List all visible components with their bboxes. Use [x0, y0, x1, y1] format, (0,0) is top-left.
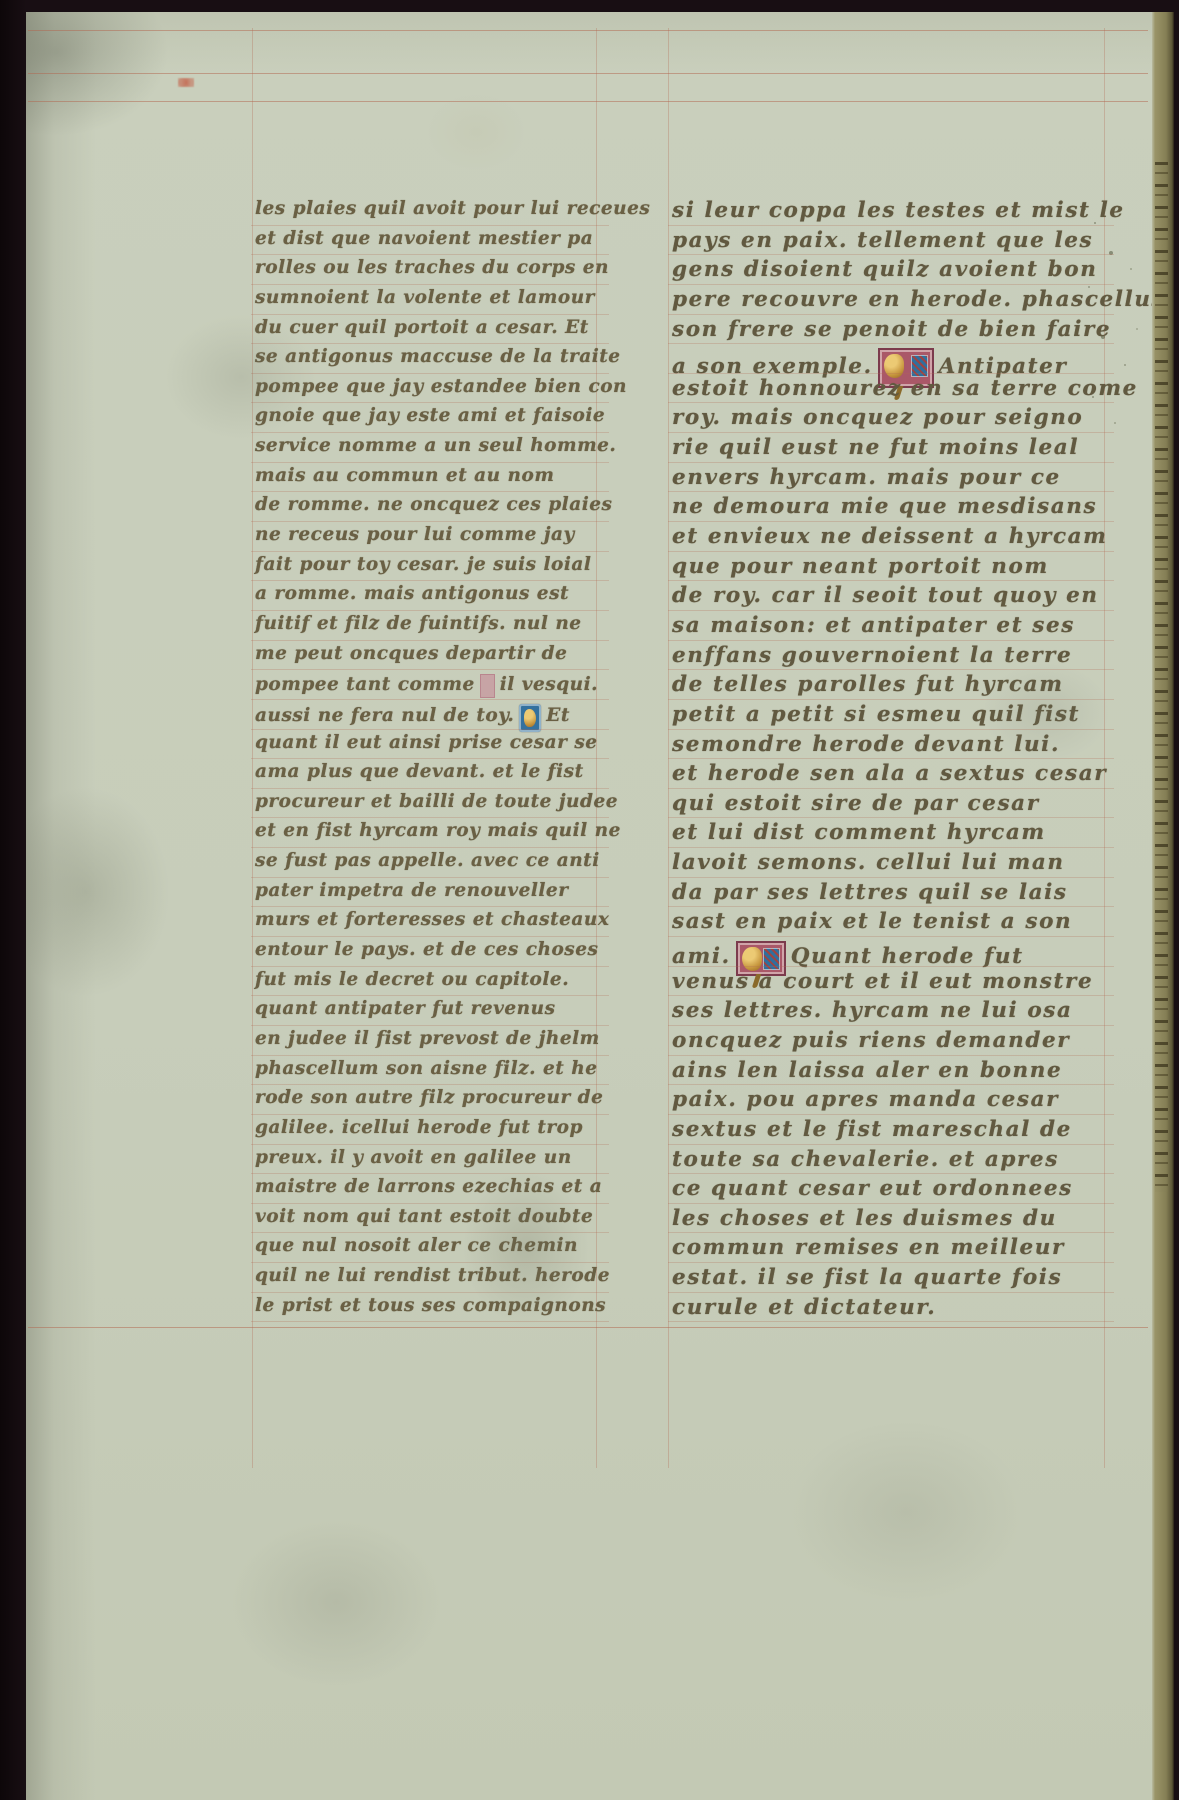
line-text: pays en paix. tellement que les — [672, 228, 1093, 253]
line-text: et lui dist comment hyrcam — [672, 820, 1046, 845]
line-text: rode son autre filz procureur de — [255, 1087, 603, 1108]
text-line: pays en paix. tellement que les — [672, 230, 1108, 260]
line-text: il vesqui. — [500, 674, 598, 695]
line-text: les plaies quil avoit pour lui receues — [255, 198, 650, 219]
line-text: gens disoient quilz avoient bon — [672, 257, 1097, 282]
line-text: son frere se penoit de bien faire — [672, 317, 1111, 342]
line-text: de romme. ne oncquez ces plaies — [255, 494, 612, 515]
text-line: da par ses lettres quil se lais — [672, 882, 1108, 912]
line-text: du cuer quil portoit a cesar. Et — [255, 317, 589, 338]
line-text: pere recouvre en herode. phascellus — [672, 287, 1165, 312]
illuminated-initial-champ — [519, 704, 541, 732]
text-line: son frere se penoit de bien faire — [672, 319, 1108, 349]
initial-gold-leaf — [884, 354, 904, 378]
text-line: de romme. ne oncquez ces plaies — [255, 496, 603, 526]
text-line: gnoie que jay este ami et faisoie — [255, 407, 603, 437]
line-text: semondre herode devant lui. — [672, 732, 1060, 757]
text-line: entour le pays. et de ces choses — [255, 941, 603, 971]
text-line: aussi ne fera nul de toy.Et — [255, 704, 603, 734]
line-text: et dist que navoient mestier pa — [255, 228, 593, 249]
line-text: enffans gouvernoient la terre — [672, 643, 1072, 668]
line-text: quant antipater fut revenus — [255, 998, 556, 1019]
text-line: pompee tant commeil vesqui. — [255, 674, 603, 704]
text-line: curule et dictateur. — [672, 1297, 1108, 1327]
manuscript-page: les plaies quil avoit pour lui receueset… — [26, 12, 1152, 1800]
line-text: aussi ne fera nul de toy. — [255, 705, 514, 726]
line-text: rie quil eust ne fut moins leal — [672, 435, 1079, 460]
text-line: rode son autre filz procureur de — [255, 1089, 603, 1119]
text-column-right: si leur coppa les testes et mist lepays … — [672, 200, 1108, 1326]
text-line: ne demoura mie que mesdisans — [672, 496, 1108, 526]
text-line: qui estoit sire de par cesar — [672, 793, 1108, 823]
text-line: oncquez puis riens demander — [672, 1030, 1108, 1060]
line-text: et en fist hyrcam roy mais quil ne — [255, 820, 621, 841]
text-line: du cuer quil portoit a cesar. Et — [255, 319, 603, 349]
line-text: estat. il se fist la quarte fois — [672, 1265, 1062, 1290]
text-line: que pour neant portoit nom — [672, 556, 1108, 586]
line-text: ne demoura mie que mesdisans — [672, 494, 1097, 519]
text-line: procureur et bailli de toute judee — [255, 793, 603, 823]
text-line: toute sa chevalerie. et apres — [672, 1149, 1108, 1179]
text-line: paix. pou apres manda cesar — [672, 1089, 1108, 1119]
text-line: se antigonus maccuse de la traite — [255, 348, 603, 378]
text-line: a son exemple.Antipater — [672, 348, 1108, 378]
text-line: que nul nosoit aler ce chemin — [255, 1237, 603, 1267]
text-line: pompee que jay estandee bien con — [255, 378, 603, 408]
text-line: service nomme a un seul homme. — [255, 437, 603, 467]
text-line: et en fist hyrcam roy mais quil ne — [255, 822, 603, 852]
line-text: ains len laissa aler en bonne — [672, 1058, 1062, 1083]
initial-gold-leaf — [742, 947, 762, 971]
text-line: pere recouvre en herode. phascellus — [672, 289, 1108, 319]
line-text: et envieux ne deissent a hyrcam — [672, 524, 1108, 549]
line-text: ne receus pour lui comme jay — [255, 524, 575, 545]
text-line: estat. il se fist la quarte fois — [672, 1267, 1108, 1297]
text-line: a romme. mais antigonus est — [255, 585, 603, 615]
ruling-line-horizontal — [28, 1327, 1148, 1328]
line-text: procureur et bailli de toute judee — [255, 791, 618, 812]
line-text: les choses et les duismes du — [672, 1206, 1057, 1231]
text-line: rolles ou les traches du corps en — [255, 259, 603, 289]
line-text: qui estoit sire de par cesar — [672, 791, 1040, 816]
line-text: Et — [546, 705, 570, 726]
fore-edge-ghost-text — [1155, 162, 1168, 1192]
line-text: le prist et tous ses compaignons — [255, 1295, 606, 1316]
text-line: quant il eut ainsi prise cesar se — [255, 734, 603, 764]
text-line: et herode sen ala a sextus cesar — [672, 763, 1108, 793]
line-text: fait pour toy cesar. je suis loial — [255, 554, 591, 575]
line-text: gnoie que jay este ami et faisoie — [255, 405, 605, 426]
text-line: maistre de larrons ezechias et a — [255, 1178, 603, 1208]
text-line: sumnoient la volente et lamour — [255, 289, 603, 319]
ruling-line-vertical — [252, 28, 253, 1468]
text-line: fuitif et filz de fuintifs. nul ne — [255, 615, 603, 645]
text-line: en judee il fist prevost de jhelm — [255, 1030, 603, 1060]
line-text: phascellum son aisne filz. et he — [255, 1058, 597, 1079]
text-line: de roy. car il seoit tout quoy en — [672, 585, 1108, 615]
line-text: petit a petit si esmeu quil fist — [672, 702, 1080, 727]
text-line: fut mis le decret ou capitole. — [255, 971, 603, 1001]
text-line: de telles parolles fut hyrcam — [672, 674, 1108, 704]
line-text: sumnoient la volente et lamour — [255, 287, 595, 308]
text-line: pater impetra de renouveller — [255, 882, 603, 912]
line-text: ses lettres. hyrcam ne lui osa — [672, 998, 1073, 1023]
text-line: les plaies quil avoit pour lui receues — [255, 200, 603, 230]
line-text: mais au commun et au nom — [255, 465, 554, 486]
text-line: ne receus pour lui comme jay — [255, 526, 603, 556]
text-line: si leur coppa les testes et mist le — [672, 200, 1108, 230]
text-line: commun remises en meilleur — [672, 1237, 1108, 1267]
line-text: de telles parolles fut hyrcam — [672, 672, 1064, 697]
text-line: fait pour toy cesar. je suis loial — [255, 556, 603, 586]
text-line: rie quil eust ne fut moins leal — [672, 437, 1108, 467]
line-text: roy. mais oncquez pour seigno — [672, 405, 1083, 430]
line-text: voit nom qui tant estoit doubte — [255, 1206, 593, 1227]
line-text: da par ses lettres quil se lais — [672, 880, 1068, 905]
line-text: Quant herode fut — [791, 944, 1024, 969]
line-text: me peut oncques departir de — [255, 643, 567, 664]
line-text: maistre de larrons ezechias et a — [255, 1176, 602, 1197]
ruling-line-vertical — [668, 28, 669, 1468]
text-line: semondre herode devant lui. — [672, 734, 1108, 764]
line-text: pompee tant comme — [255, 674, 475, 695]
line-text: service nomme a un seul homme. — [255, 435, 616, 456]
line-text: fut mis le decret ou capitole. — [255, 969, 569, 990]
text-line: ama plus que devant. et le fist — [255, 763, 603, 793]
text-line: mais au commun et au nom — [255, 467, 603, 497]
photograph-background: les plaies quil avoit pour lui receueset… — [0, 0, 1179, 1800]
text-line: et lui dist comment hyrcam — [672, 822, 1108, 852]
text-line: et dist que navoient mestier pa — [255, 230, 603, 260]
ruling-line-horizontal — [28, 73, 1148, 74]
text-line: enffans gouvernoient la terre — [672, 645, 1108, 675]
line-text: lavoit semons. cellui lui man — [672, 850, 1065, 875]
text-line: voit nom qui tant estoit doubte — [255, 1208, 603, 1238]
text-line: petit a petit si esmeu quil fist — [672, 704, 1108, 734]
line-text: ami. — [672, 944, 731, 969]
text-line: gens disoient quilz avoient bon — [672, 259, 1108, 289]
text-line: venus a court et il eut monstre — [672, 971, 1108, 1001]
text-line: sa maison: et antipater et ses — [672, 615, 1108, 645]
line-text: toute sa chevalerie. et apres — [672, 1147, 1059, 1172]
line-text: pompee que jay estandee bien con — [255, 376, 627, 397]
line-text: sextus et le fist mareschal de — [672, 1117, 1072, 1142]
ruling-line-horizontal — [28, 101, 1148, 102]
line-text: murs et forteresses et chasteaux — [255, 909, 609, 930]
text-line: phascellum son aisne filz. et he — [255, 1060, 603, 1090]
line-text: a romme. mais antigonus est — [255, 583, 569, 604]
line-text: en judee il fist prevost de jhelm — [255, 1028, 600, 1049]
text-line: sextus et le fist mareschal de — [672, 1119, 1108, 1149]
text-line: les choses et les duismes du — [672, 1208, 1108, 1238]
line-text: entour le pays. et de ces choses — [255, 939, 598, 960]
line-text: si leur coppa les testes et mist le — [672, 198, 1125, 223]
initial-blue-panel — [911, 355, 928, 377]
text-line: ce quant cesar eut ordonnees — [672, 1178, 1108, 1208]
text-line: sast en paix et le tenist a son — [672, 911, 1108, 941]
line-text: curule et dictateur. — [672, 1295, 936, 1320]
line-text: que pour neant portoit nom — [672, 554, 1049, 579]
text-line: quant antipater fut revenus — [255, 1000, 603, 1030]
line-text: que nul nosoit aler ce chemin — [255, 1235, 578, 1256]
line-text: ce quant cesar eut ordonnees — [672, 1176, 1073, 1201]
faded-pink-highlight — [480, 674, 495, 698]
line-text: rolles ou les traches du corps en — [255, 257, 609, 278]
line-text: galilee. icellui herode fut trop — [255, 1117, 583, 1138]
text-line: murs et forteresses et chasteaux — [255, 911, 603, 941]
text-line: preux. il y avoit en galilee un — [255, 1149, 603, 1179]
line-text: commun remises en meilleur — [672, 1235, 1065, 1260]
line-text: preux. il y avoit en galilee un — [255, 1147, 572, 1168]
ruling-line-horizontal — [28, 30, 1148, 31]
line-text: envers hyrcam. mais pour ce — [672, 465, 1061, 490]
text-line: roy. mais oncquez pour seigno — [672, 407, 1108, 437]
text-line: estoit honnourez en sa terre come — [672, 378, 1108, 408]
line-text: se antigonus maccuse de la traite — [255, 346, 621, 367]
line-text: ama plus que devant. et le fist — [255, 761, 584, 782]
text-line: quil ne lui rendist tribut. herode — [255, 1267, 603, 1297]
line-text: et herode sen ala a sextus cesar — [672, 761, 1107, 786]
line-text: fuitif et filz de fuintifs. nul ne — [255, 613, 582, 634]
text-line: envers hyrcam. mais pour ce — [672, 467, 1108, 497]
line-text: oncquez puis riens demander — [672, 1028, 1070, 1053]
line-text: quant il eut ainsi prise cesar se — [255, 732, 598, 753]
line-text: estoit honnourez en sa terre come — [672, 376, 1138, 401]
line-text: pater impetra de renouveller — [255, 880, 568, 901]
text-line: galilee. icellui herode fut trop — [255, 1119, 603, 1149]
line-text: se fust pas appelle. avec ce anti — [255, 850, 600, 871]
line-text: sa maison: et antipater et ses — [672, 613, 1075, 638]
line-text: quil ne lui rendist tribut. herode — [255, 1265, 610, 1286]
line-text: venus a court et il eut monstre — [672, 969, 1093, 994]
fore-edge-folios — [1152, 12, 1174, 1800]
text-column-left: les plaies quil avoit pour lui receueset… — [255, 200, 603, 1326]
text-line: ains len laissa aler en bonne — [672, 1060, 1108, 1090]
text-line: ses lettres. hyrcam ne lui osa — [672, 1000, 1108, 1030]
text-line: me peut oncques departir de — [255, 645, 603, 675]
red-ink-jot — [178, 78, 194, 87]
text-line: lavoit semons. cellui lui man — [672, 852, 1108, 882]
initial-blue-panel — [763, 948, 780, 970]
text-line: ami.Quant herode fut — [672, 941, 1108, 971]
text-line: et envieux ne deissent a hyrcam — [672, 526, 1108, 556]
line-text: paix. pou apres manda cesar — [672, 1087, 1059, 1112]
line-text: de roy. car il seoit tout quoy en — [672, 583, 1099, 608]
line-text: sast en paix et le tenist a son — [672, 909, 1072, 934]
text-line: le prist et tous ses compaignons — [255, 1297, 603, 1327]
text-line: se fust pas appelle. avec ce anti — [255, 852, 603, 882]
